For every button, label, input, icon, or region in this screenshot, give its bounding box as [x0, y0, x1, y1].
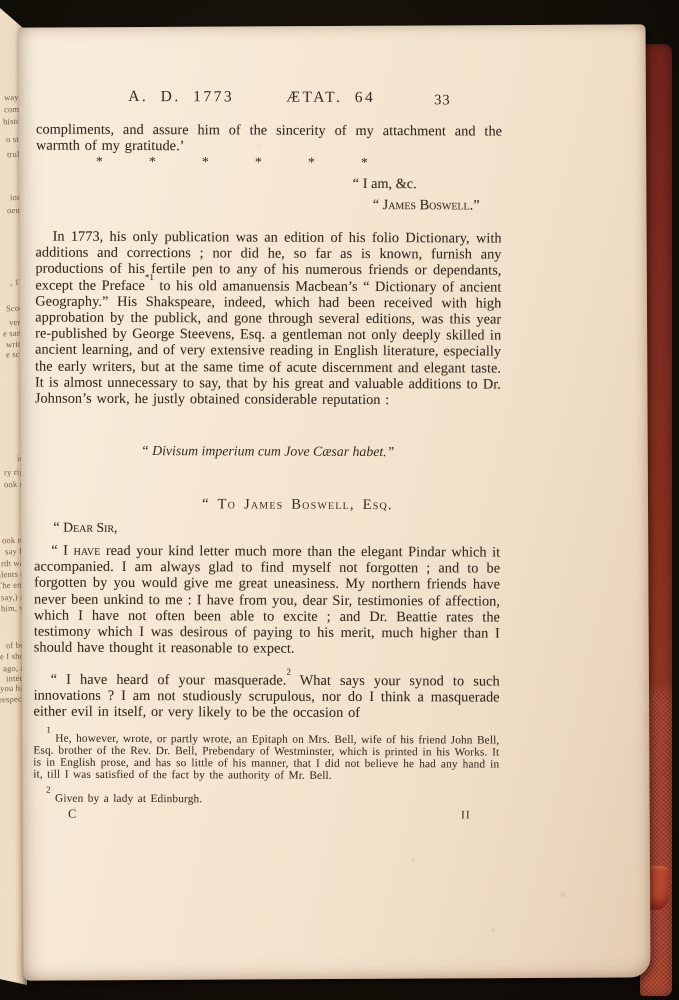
asterisk: * — [361, 156, 368, 172]
letter-heading: “ To James Boswell, Esq. — [64, 496, 530, 515]
footnote-1-text: He, however, wrote, or partly wrote, an … — [33, 733, 499, 783]
main-paragraph-text-cont: to his old amanuensis Macbean’s “ Dictio… — [35, 278, 502, 408]
page-number: 33 — [434, 92, 451, 109]
heading-quote: “ — [202, 496, 218, 512]
facing-page-text-fragment: e I sho — [0, 652, 24, 662]
footnote-1: 1 He, however, wrote, or partly wrote, a… — [33, 733, 499, 783]
heading-addressee: To James Boswell, Esq. — [218, 496, 393, 513]
photo-background: way icomphistoro stiltrulyion,oeuv, 17Sc… — [0, 0, 679, 1000]
page-content: A. D. 1773 ÆTAT. 64 33 compliments, and … — [32, 28, 504, 960]
asterisk: * — [308, 156, 315, 172]
facing-page-text-fragment: you ha — [0, 684, 24, 694]
footnote-ref-2: 2 — [286, 667, 291, 677]
asterisk: * — [149, 155, 156, 171]
latin-quote: “ Divisum imperium cum Jove Cæsar habet.… — [35, 443, 501, 461]
letter-p1-text: read your kind letter much more than the… — [34, 543, 500, 657]
letter-signature: “ James Boswell.” — [373, 197, 480, 214]
signature-quote: “ — [373, 197, 383, 213]
main-paragraph: In 1773, his only publication was an edi… — [35, 229, 502, 409]
running-head-year: A. D. 1773 — [128, 88, 234, 106]
volume-mark: II — [461, 809, 471, 821]
footnote-2-text: Given by a lady at Edinburgh. — [51, 793, 203, 806]
book-page: A. D. 1773 ÆTAT. 64 33 compliments, and … — [19, 24, 651, 980]
salutation-quote: “ — [53, 520, 63, 536]
letter-closing: “ I am, &c. — [353, 176, 417, 193]
letter-p1-open: “ I — [51, 543, 73, 559]
asterisk: * — [96, 155, 103, 171]
letter-paragraph-2: “ I have heard of your masquerade.2 What… — [33, 672, 499, 723]
asterisk: * — [255, 156, 262, 172]
signature-name: James Boswell.” — [383, 197, 480, 213]
footnote-2-marker: 2 — [46, 785, 51, 795]
letter-salutation: “ Dear Sir, — [53, 520, 117, 537]
carryover-paragraph: compliments, and assure him of the since… — [36, 122, 502, 156]
footnote-2: 2 Given by a lady at Edinburgh. — [33, 793, 499, 807]
letter-paragraph-1: “ I have read your kind letter much more… — [34, 543, 500, 658]
signature-mark: C — [68, 807, 76, 822]
asterisk-separator: ****** — [96, 155, 368, 172]
salutation-text: Dear Sir, — [63, 520, 117, 535]
letter-p2-text: “ I have heard of your masquerade. — [51, 672, 287, 689]
running-head-aetat: ÆTAT. 64 — [286, 89, 375, 107]
facing-page-text-fragment: respect — [0, 695, 24, 705]
letter-p1-smallcaps: have — [74, 543, 101, 559]
footnote-1-marker: 1 — [46, 725, 51, 735]
running-head: A. D. 1773 ÆTAT. 64 33 — [36, 88, 502, 90]
footnote-ref-1: *1 — [145, 272, 154, 282]
asterisk: * — [202, 155, 209, 171]
